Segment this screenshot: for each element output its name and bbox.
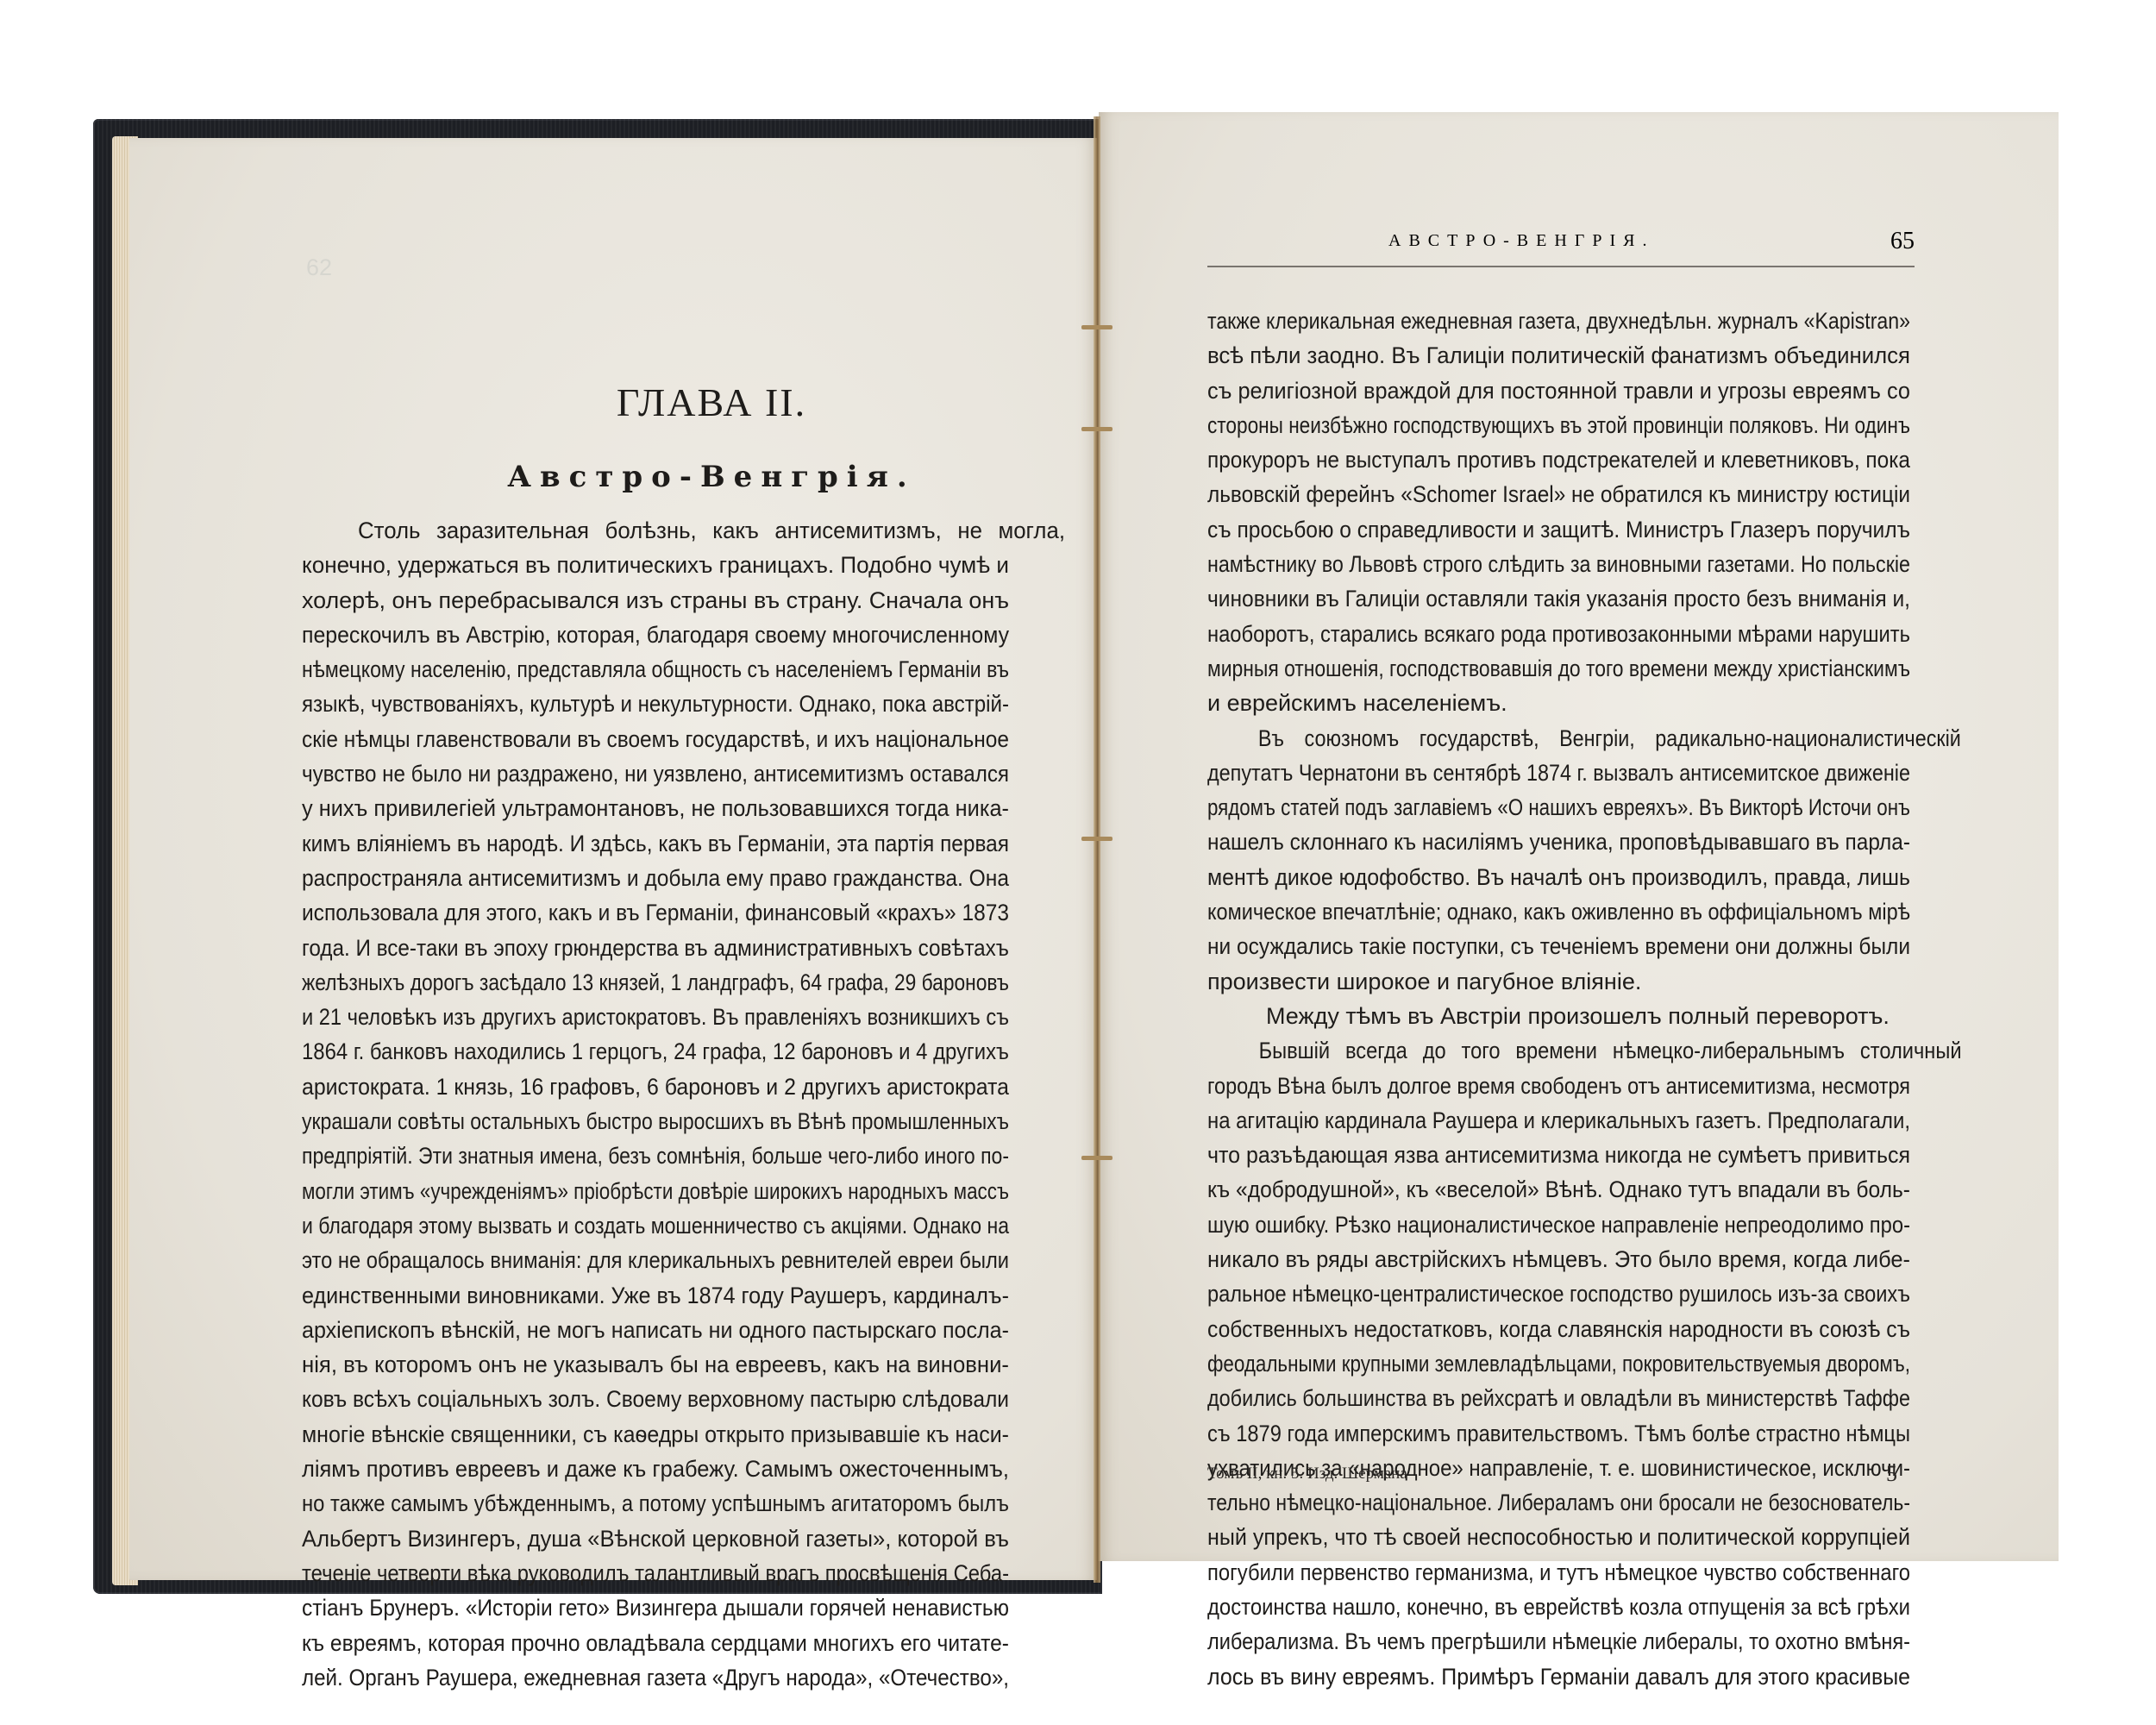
text-line: единственными виновниками. Уже въ 1874 г… bbox=[302, 1278, 1009, 1313]
text-line: конечно, удержаться въ политическихъ гра… bbox=[302, 548, 1009, 582]
text-line: кимъ вліяніемъ въ народѣ. И здѣсь, какъ … bbox=[302, 826, 1009, 861]
text-line: это не обращалось вниманія: для клерикал… bbox=[302, 1243, 1009, 1277]
text-line: года. И все-таки въ эпоху грюндерства въ… bbox=[302, 931, 1009, 965]
text-line: львовскій ферейнъ «Schomer Israel» не об… bbox=[1207, 477, 1910, 511]
text-line: скіе нѣмцы главенствовали въ своемъ госу… bbox=[302, 722, 1009, 756]
text-line: ліямъ противъ евреевъ и даже къ грабежу.… bbox=[302, 1452, 1009, 1486]
text-line: къ евреямъ, которая прочно овладѣвала се… bbox=[302, 1626, 1009, 1660]
text-line: наоборотъ, старались всякаго рода против… bbox=[1207, 617, 1910, 651]
text-line: Альбертъ Визингеръ, душа «Вѣнской церков… bbox=[302, 1521, 1009, 1556]
text-line: ный упрекъ, что тѣ своей неспособностью … bbox=[1207, 1520, 1910, 1554]
text-line: что разъѣдающая язва антисемитизма никог… bbox=[1207, 1138, 1910, 1172]
signature-mark: 5 bbox=[1886, 1461, 1897, 1487]
section-title: Австро-Венгрія. bbox=[302, 460, 1009, 494]
text-line: желѣзныхъ дорогъ засѣдало 13 князей, 1 л… bbox=[302, 965, 1009, 1000]
text-line: нѣмецкому населенію, представляла общнос… bbox=[302, 652, 1009, 687]
text-line: и благодаря этому вызвать и создать моше… bbox=[302, 1208, 1009, 1243]
text-line: достоинства нашло, конечно, въ еврействѣ… bbox=[1207, 1590, 1910, 1624]
text-line: распространяла антисемитизмъ и добыла ем… bbox=[302, 861, 1009, 895]
text-line: Бывшій всегда до того времени нѣмецко-ли… bbox=[1207, 1033, 1962, 1068]
text-line: но также самымъ убѣжденнымъ, а потому ус… bbox=[302, 1486, 1009, 1521]
text-line: къ «добродушной», къ «веселой» Вѣнѣ. Одн… bbox=[1207, 1172, 1910, 1207]
text-line: лей. Органъ Раушера, ежедневная газета «… bbox=[302, 1660, 1009, 1695]
text-line: Въ союзномъ государствѣ, Венгріи, радика… bbox=[1207, 721, 1961, 756]
text-line: перескочилъ въ Австрію, которая, благода… bbox=[302, 618, 1009, 652]
text-line: произвести широкое и пагубное вліяніе. bbox=[1207, 964, 1910, 999]
text-line: лось въ вину евреямъ. Примѣръ Германіи д… bbox=[1207, 1659, 1910, 1694]
text-line: чувство не было ни раздражено, ни уязвле… bbox=[302, 756, 1009, 791]
text-line: всѣ пѣли заодно. Въ Галиціи политическій… bbox=[1207, 338, 1910, 373]
left-page-text: ГЛАВА II. Австро-Венгрія. Столь заразите… bbox=[302, 379, 1009, 1695]
text-line: ментѣ дикое юдофобство. Въ началѣ онъ пр… bbox=[1207, 860, 1910, 894]
text-line: холерѣ, онъ перебрасывался изъ страны въ… bbox=[302, 583, 1009, 618]
chapter-heading: ГЛАВА II. bbox=[302, 379, 1009, 425]
left-body: Столь заразительная болѣзнь, какъ антисе… bbox=[302, 513, 1009, 1695]
text-line: нія, въ которомъ онъ не указывалъ бы на … bbox=[302, 1347, 1009, 1382]
text-line: и 21 человѣкъ изъ другихъ аристократовъ.… bbox=[302, 1000, 1009, 1034]
text-line: архіепископъ вѣнскій, не могъ написать н… bbox=[302, 1313, 1009, 1347]
text-line: чиновники въ Галиціи оставляли такія ука… bbox=[1207, 581, 1910, 616]
text-line: языкѣ, чувствованіяхъ, культурѣ и некуль… bbox=[302, 687, 1009, 721]
page-number: 65 bbox=[1890, 228, 1915, 255]
text-line: Столь заразительная болѣзнь, какъ антисе… bbox=[302, 513, 1065, 548]
text-line: намѣстнику во Львовѣ строго слѣдить за в… bbox=[1207, 547, 1910, 581]
book-gutter bbox=[1094, 116, 1100, 1583]
text-line: ни осуждались такіе поступки, съ теченіе… bbox=[1207, 929, 1910, 963]
text-line: съ просьбою о справедливости и защитѣ. М… bbox=[1207, 512, 1910, 547]
text-line: депутатъ Чернатони въ сентябрѣ 1874 г. в… bbox=[1207, 756, 1910, 790]
text-line: добились большинства въ рейхсратѣ и овла… bbox=[1207, 1381, 1910, 1415]
text-line: предпріятій. Эти знатныя имена, безъ сом… bbox=[302, 1138, 1009, 1173]
text-line: 1864 г. банковъ находились 1 герцогъ, 24… bbox=[302, 1034, 1009, 1069]
text-line: также клерикальная ежедневная газета, дв… bbox=[1207, 304, 1910, 338]
text-line: стороны неизбѣжно господствующихъ въ это… bbox=[1207, 408, 1910, 442]
text-line: съ религіозной враждой для постоянной тр… bbox=[1207, 373, 1910, 408]
text-line: многіе вѣнскіе священники, съ каѳедры от… bbox=[302, 1417, 1009, 1452]
text-line: стіанъ Брунеръ. «Исторіи гето» Визингера… bbox=[302, 1590, 1009, 1625]
header-rule bbox=[1207, 266, 1915, 267]
text-line: погубили первенство германизма, и тутъ н… bbox=[1207, 1555, 1910, 1590]
text-line: ковъ всѣхъ соціальныхъ золъ. Своему верх… bbox=[302, 1382, 1009, 1416]
text-line: либерализма. Въ чемъ прегрѣшили нѣмецкіе… bbox=[1207, 1624, 1910, 1659]
running-header: АВСТРО-ВЕНГРІЯ. 65 bbox=[1207, 231, 1915, 266]
text-line: собственныхъ недостатковъ, когда славянс… bbox=[1207, 1312, 1910, 1346]
text-line: городъ Вѣна былъ долгое время свободенъ … bbox=[1207, 1069, 1910, 1103]
text-line: у нихъ привилегіей ультрамонтановъ, не п… bbox=[302, 791, 1009, 825]
showthrough-page-number: 62 bbox=[306, 254, 332, 281]
text-line: аристократа. 1 князь, 16 графовъ, 6 баро… bbox=[302, 1069, 1009, 1104]
running-title: АВСТРО-ВЕНГРІЯ. bbox=[1388, 231, 1655, 251]
binding-stitch bbox=[1081, 837, 1112, 841]
binding-stitch bbox=[1081, 1156, 1112, 1160]
text-line: мирныя отношенія, господствовавшія до то… bbox=[1207, 651, 1910, 686]
text-line: на агитацію кардинала Раушера и клерикал… bbox=[1207, 1103, 1910, 1138]
text-line: ральное нѣмецко-централистическое господ… bbox=[1207, 1276, 1910, 1311]
text-line: и еврейскимъ населеніемъ. bbox=[1207, 686, 1910, 720]
text-line: украшали совѣты остальныхъ быстро выросш… bbox=[302, 1104, 1009, 1138]
text-line: теченіе четверти вѣка руководилъ талантл… bbox=[302, 1556, 1009, 1590]
text-line: комическое впечатлѣніе; однако, какъ ожи… bbox=[1207, 894, 1910, 929]
binding-stitch bbox=[1081, 427, 1112, 431]
text-line: феодальными крупными землевладѣльцами, п… bbox=[1207, 1346, 1910, 1381]
binding-stitch bbox=[1081, 325, 1112, 329]
text-line: использовала для этого, какъ и въ Герман… bbox=[302, 895, 1009, 930]
printer-signature: Томъ II, кн. 5. Изд. Шермана bbox=[1207, 1465, 1407, 1483]
text-line: шую ошибку. Рѣзко националистическое нап… bbox=[1207, 1207, 1910, 1242]
text-line: съ 1879 года имперскимъ правительствомъ.… bbox=[1207, 1416, 1910, 1451]
text-line: прокуроръ не выступалъ противъ подстрека… bbox=[1207, 442, 1910, 477]
text-line: могли этимъ «учрежденіямъ» пріобрѣсти до… bbox=[302, 1174, 1009, 1208]
text-line: Между тѣмъ въ Австріи произошелъ полный … bbox=[1207, 999, 1910, 1033]
text-line: рядомъ статей подъ заглавіемъ «О нашихъ … bbox=[1207, 790, 1910, 825]
page-footer: Томъ II, кн. 5. Изд. Шермана 5 bbox=[1207, 1465, 1915, 1499]
text-line: нашелъ склоннаго къ насиліямъ ученика, п… bbox=[1207, 825, 1910, 859]
text-line: никало въ ряды австрійскихъ нѣмцевъ. Это… bbox=[1207, 1242, 1910, 1276]
